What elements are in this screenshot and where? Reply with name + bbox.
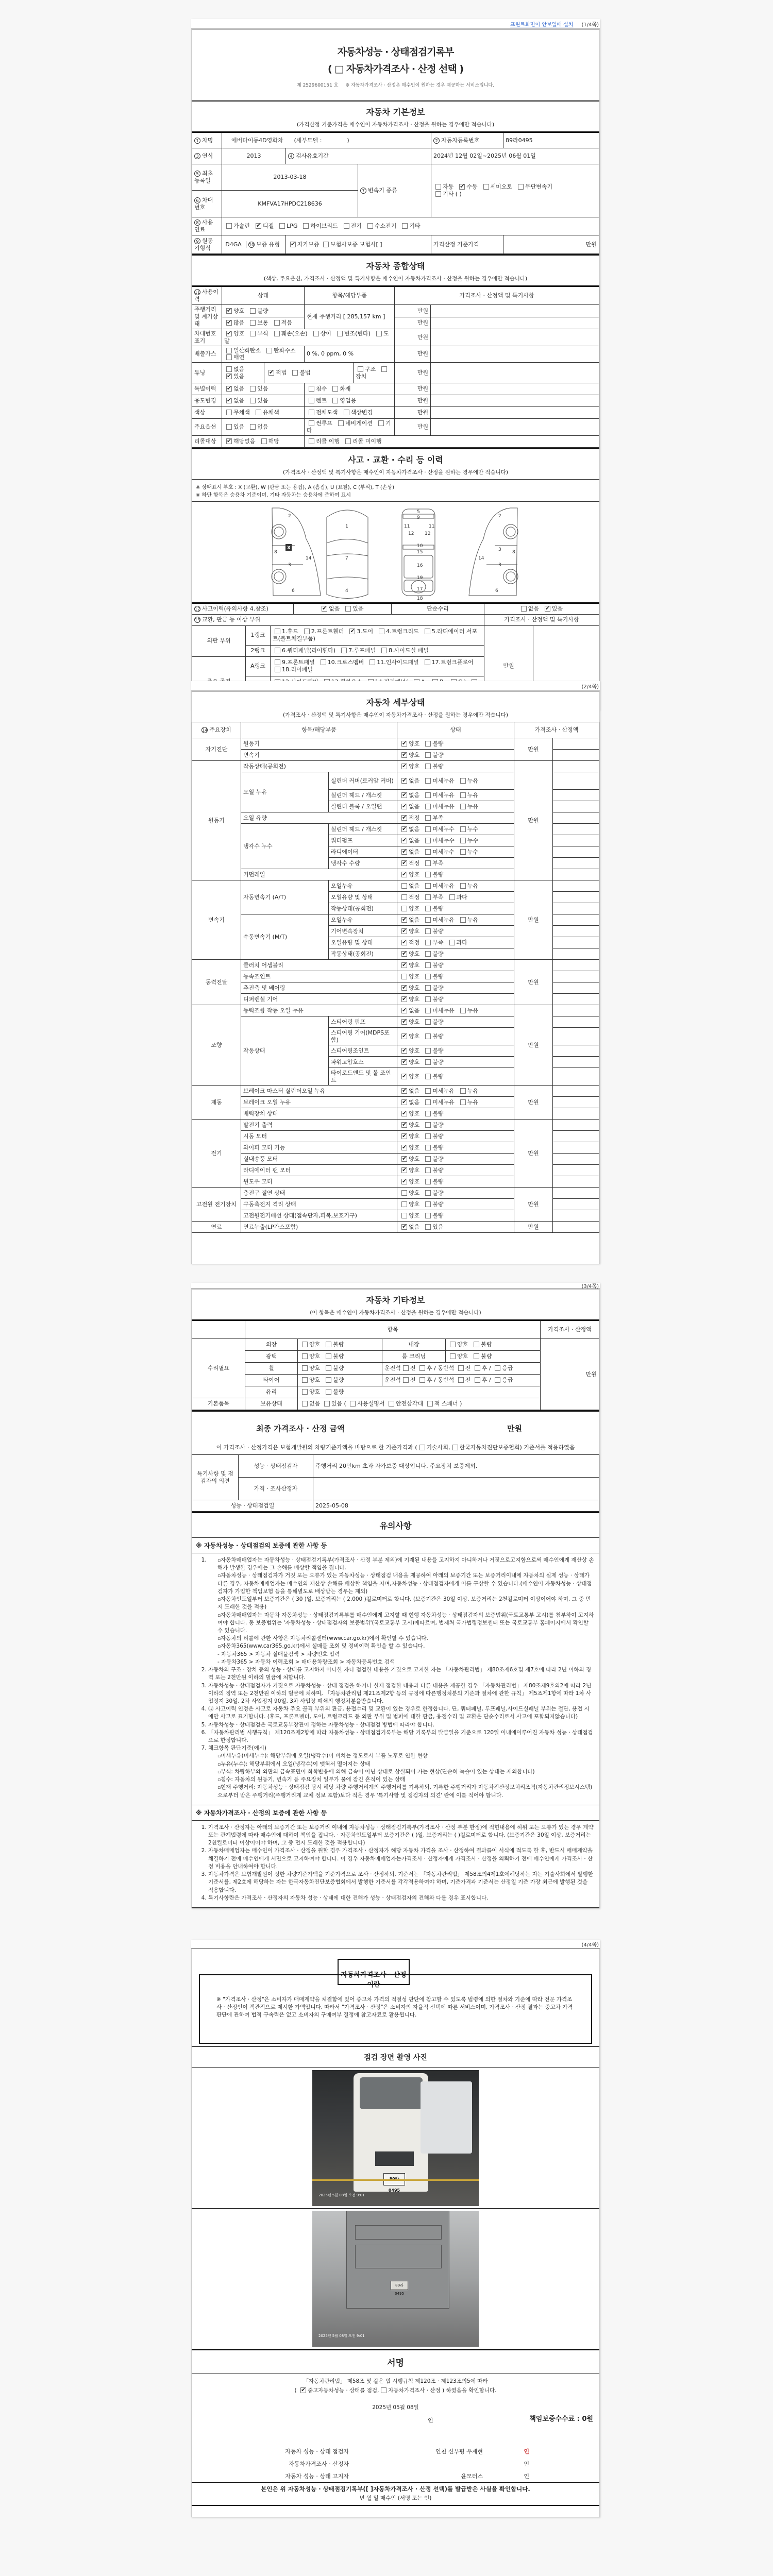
checkbox[interactable] [401,928,407,934]
checkbox[interactable] [425,1167,431,1173]
checkbox-label: 영업용 [340,397,356,404]
checkbox[interactable] [401,872,407,877]
checkbox[interactable] [425,894,431,900]
checkbox[interactable] [435,184,441,190]
checkbox[interactable] [401,894,407,900]
checkbox[interactable] [401,1167,407,1173]
checkbox[interactable] [495,1377,500,1383]
checkbox[interactable] [401,1156,407,1162]
checkbox[interactable] [460,1088,466,1094]
checkbox[interactable] [425,917,431,923]
checkbox[interactable] [345,438,351,444]
checkbox[interactable] [425,1033,431,1039]
checkbox[interactable] [401,1111,407,1116]
checkbox[interactable] [226,374,232,379]
checkbox[interactable] [226,366,232,372]
checkbox[interactable] [302,1401,308,1406]
checkbox[interactable] [279,223,285,229]
checkbox[interactable] [401,764,407,769]
group-label: 전기 [192,1120,241,1188]
checkbox[interactable] [425,659,430,665]
rank-row: 외판 부위1랭크1.후드 2.프론트휀더 3.도어 4.트렁크리드 5.라디에이… [192,625,599,645]
checkbox[interactable] [425,962,431,968]
checkbox[interactable] [401,1224,407,1230]
checkbox[interactable] [401,1019,407,1025]
checkbox[interactable] [450,1353,456,1359]
checkbox[interactable] [401,778,407,784]
checkbox[interactable] [401,883,407,889]
checkbox[interactable] [425,1008,431,1013]
checkbox[interactable] [350,1401,356,1406]
print-help-link[interactable]: 프린트화면이 안보일때 설치 [510,20,573,28]
table-row: 차대번호 표기양호 부식 훼손(오손) 상이 변조(변타) 도말 만원 [192,329,599,346]
grille [375,2151,414,2166]
checkbox[interactable] [401,1190,407,1196]
checkbox-label: 없음 [409,777,419,784]
checkbox-label: 누유 [467,1088,478,1094]
checkbox[interactable] [425,752,431,758]
checkbox[interactable] [425,996,431,1002]
checkbox[interactable] [425,764,431,769]
checkbox[interactable] [275,667,280,672]
checkbox-label: 해당 [268,438,279,445]
checkbox[interactable] [401,1074,407,1079]
checkbox[interactable] [326,1353,331,1359]
checkbox[interactable] [401,804,407,809]
checkbox[interactable] [403,1365,409,1371]
checkbox[interactable] [521,606,527,612]
checkbox[interactable] [475,1365,480,1371]
checkbox[interactable] [332,386,338,392]
checkbox[interactable] [344,410,349,415]
checkbox[interactable] [226,348,232,353]
checkbox[interactable] [376,331,382,336]
checkbox[interactable] [378,420,384,426]
checkbox[interactable] [475,1377,480,1383]
checkbox[interactable] [304,629,310,634]
checkbox[interactable] [401,849,407,855]
checkbox[interactable] [401,1122,407,1128]
checkbox[interactable] [402,223,408,229]
checkbox[interactable] [389,1401,394,1406]
checkbox-label: 불량 [333,1365,344,1371]
checkbox[interactable] [326,1342,331,1347]
title-main: 자동차성능 · 상태점검기록부 [192,44,599,58]
col-state: 상태 [397,722,514,738]
svg-text:14: 14 [306,556,312,561]
table-row: 원동기작동상태(공회전)양호 불량 만원 [192,761,599,772]
checkbox[interactable] [460,792,466,798]
checkbox[interactable] [401,974,407,979]
group-label: 고전원 전기장치 [192,1188,241,1222]
checkbox[interactable] [458,1377,464,1383]
checkbox[interactable] [226,410,232,415]
checkbox[interactable] [332,398,338,403]
checkbox[interactable] [401,1008,407,1013]
note-bullet: 자동차의 리콜에 관한 사항은 자동차리콜센터(www.car.go.kr)에서… [217,1635,594,1642]
checkbox[interactable] [450,1342,456,1347]
checkbox-label: 잭 [434,1400,440,1407]
basis-assoc-checkbox[interactable] [452,1445,458,1450]
checkbox[interactable] [425,1156,431,1162]
checkbox[interactable] [337,331,343,336]
checkbox[interactable] [425,804,431,809]
checkbox[interactable] [250,308,256,314]
checkbox[interactable] [401,917,407,923]
checkbox-label: 부식 [257,330,268,337]
checkbox[interactable] [435,191,441,197]
checkbox[interactable] [401,962,407,968]
checkbox[interactable] [367,223,373,229]
checkbox[interactable] [274,331,280,336]
checkbox[interactable] [321,659,326,665]
checkbox-label: 없음 [409,849,419,855]
checkbox[interactable] [425,883,431,889]
checkbox-label: 7.루프패널 [348,647,376,654]
checkbox[interactable] [425,629,430,634]
checkbox-label: 미세누유 [432,1007,455,1014]
checkbox[interactable] [341,648,347,653]
title-sub: ( □ 자동차가격조사 · 산정 선택 ) [192,61,599,75]
checkbox[interactable] [460,826,466,832]
checkbox[interactable] [250,424,256,430]
overall-status-table: 11사용이력상태항목/해당부품가격조사 · 산정액 및 특기사항주행거리 및 계… [192,285,599,448]
checkbox[interactable] [495,1365,500,1371]
checkbox-label: 미세누수 [432,837,455,844]
checkbox-label: 누유 [467,1099,478,1106]
fuel-label: 8사용 연료 [192,217,222,235]
checkbox[interactable] [425,1019,431,1025]
checkbox[interactable] [326,1365,331,1371]
signer-name: 윤모터스 [349,2472,483,2480]
photo-timestamp: 2025년 5월 08일 오전 9:01 [318,2333,365,2338]
checkbox-label: 17.트렁크플로어 [432,659,474,666]
checkbox-label: 불량 [481,1341,492,1348]
checkbox[interactable] [401,1088,407,1094]
checkbox-label: 미세누유 [432,777,455,784]
checkbox[interactable] [379,629,384,634]
checkbox-label: 18.리어패널 [282,666,313,673]
checkbox[interactable] [425,1048,431,1054]
checkbox[interactable] [381,366,387,372]
checkbox-label: 불량 [432,763,443,770]
checkbox[interactable] [309,438,314,444]
checkbox[interactable] [349,629,355,634]
checkbox[interactable] [460,883,466,889]
checkbox-label: 불량 [432,1156,443,1162]
checkbox[interactable] [344,223,349,229]
signer-row: 자동차 성능 · 상태 고지자윤모터스인 [192,2470,599,2482]
signer-name: 인천 신부평 우재현 [349,2447,483,2455]
checkbox[interactable] [401,906,407,911]
checkbox[interactable] [309,398,314,403]
checkbox-label: 불량 [432,1212,443,1219]
checkbox[interactable] [425,940,431,945]
checkbox[interactable] [261,438,267,444]
checkbox[interactable] [274,320,280,326]
checkbox-label: 양호 [409,1033,419,1040]
checkbox[interactable] [226,386,232,392]
checkbox[interactable] [302,1342,308,1347]
col-price: 가격조사 · 산정액 및 특기사항 [395,286,599,305]
checkbox[interactable] [401,1133,407,1139]
checkbox[interactable] [401,741,407,747]
checkbox[interactable] [226,438,232,444]
checkbox[interactable] [449,894,455,900]
checkbox[interactable] [425,1099,431,1105]
car-name-value: 에버다이동4D영화차 (세부모델 : ) [222,132,431,148]
checkbox[interactable] [275,648,280,653]
checkbox[interactable] [401,838,407,843]
checkbox[interactable] [460,778,466,784]
base-price-value: 만원 [503,235,599,254]
checkbox[interactable] [401,1213,407,1218]
confirm-inspection-checkbox[interactable] [300,2387,306,2393]
checkbox[interactable] [401,985,407,991]
year-value: 2013 [222,148,286,164]
checkbox[interactable] [425,906,431,911]
checkbox[interactable] [401,815,407,821]
checkbox-label: 없음 [409,1007,419,1014]
checkbox-label: 없음 [409,917,419,923]
checkbox[interactable] [309,386,314,392]
checkbox[interactable] [403,1377,409,1383]
checkbox[interactable] [401,1099,407,1105]
checkbox[interactable] [250,331,256,336]
checkbox-label: 리콜 이행 [316,438,340,445]
group-label: 변속기 [192,880,241,960]
checkbox[interactable] [309,410,314,415]
detail-status-header: 자동차 세부상태 (가격조사 · 산정액 및 특기사항은 매수인이 자동차가격조… [192,692,599,722]
checkbox[interactable] [425,815,431,821]
checkbox[interactable] [401,1048,407,1054]
checkbox-label: 전기 [351,223,362,229]
checkbox[interactable] [425,792,431,798]
checkbox[interactable] [460,1099,466,1105]
checkbox[interactable] [425,1224,431,1230]
checkbox[interactable] [326,1389,331,1395]
checkbox-label: 리콜 미이행 [352,438,382,445]
checkbox[interactable] [401,752,407,758]
checkbox[interactable] [425,826,431,832]
checkbox[interactable] [427,1401,433,1406]
checkbox[interactable] [338,420,344,426]
checkbox-label: 네비게이션 [345,420,373,427]
guarantee-fee: 책임보증수수료 : 0원 [529,2413,593,2423]
checkbox[interactable] [425,741,431,747]
checkbox[interactable] [425,1179,431,1184]
checkbox[interactable] [268,370,274,376]
table-row: 동력전달클러치 어셈블리양호 불량 만원 [192,960,599,971]
checkbox[interactable] [401,996,407,1002]
checkbox[interactable] [401,1201,407,1207]
basis-tech-checkbox[interactable] [419,1445,425,1450]
checkbox[interactable] [381,648,387,653]
checkbox[interactable] [302,1389,308,1395]
checkbox[interactable] [425,1213,431,1218]
checkbox-label: 양호 [457,1341,468,1348]
checkbox[interactable] [401,860,407,866]
table-row: 배출가스일산화탄소 탄화수소 매연 0 %, 0 ppm, 0 %만원 [192,346,599,363]
checkbox-label: 없음 [233,397,244,404]
checkbox[interactable] [460,838,466,843]
checkbox[interactable] [401,940,407,945]
checkbox[interactable] [275,629,280,634]
page-1: 프린트화면이 안보일때 설치 (1/4쪽) 자동차성능 · 상태점검기록부 ( … [191,19,600,710]
pricer-opinion [313,1478,599,1500]
checkbox[interactable] [459,184,465,190]
checkbox[interactable] [474,1353,479,1359]
checkbox[interactable] [309,420,314,426]
checkbox[interactable] [313,331,319,336]
accident-history-header: 사고 · 교환 · 수리 등 이력 (가격조사 · 산정액 및 특기사항은 매수… [192,448,599,479]
checkbox-label: 부족 [432,894,443,901]
checkbox[interactable] [322,606,327,612]
checkbox-label: 불량 [432,1059,443,1065]
checkbox[interactable] [460,849,466,855]
checkbox[interactable] [425,1088,431,1094]
checkbox-label: 없음 [233,366,244,372]
checkbox[interactable] [226,308,232,314]
checkbox[interactable] [226,424,232,430]
checkbox[interactable] [401,1059,407,1065]
checkbox-label: 누유 [467,1007,478,1014]
final-price-row: 최종 가격조사 · 산정 금액 만원 [192,1410,599,1441]
checkbox[interactable] [256,410,261,415]
checkbox[interactable] [425,1190,431,1196]
checkbox[interactable] [518,184,524,190]
checkbox-label: 양호 [409,996,419,1003]
checkbox[interactable] [324,1401,330,1406]
section-subtitle: (가격산정 기준가격은 매수인이 자동차가격조사 · 산정을 원하는 경우에만 … [192,121,599,128]
checkbox-label: 무단변속기 [525,183,552,190]
checkbox[interactable] [425,860,431,866]
checkbox[interactable] [449,940,455,945]
checkbox-label: 양호 [233,330,244,337]
checkbox[interactable] [345,606,351,612]
checkbox-label: 누수 [467,826,478,833]
checkbox-label: 불량 [432,1073,443,1080]
warranty-insurance-checkbox[interactable] [323,242,329,247]
checkbox[interactable] [425,974,431,979]
checkbox[interactable] [226,331,232,336]
checkbox[interactable] [425,928,431,934]
checkbox[interactable] [226,320,232,326]
svg-text:12: 12 [408,531,414,536]
svg-text:17: 17 [417,587,423,592]
col-state: 상태 [222,286,305,305]
checkbox-label: 디젤 [263,223,274,229]
price-info-box-area: 자동차가격조사 · 산정이란 ※ "가격조사 · 산정"은 소비자가 매매계약을… [192,1948,599,2046]
checkbox[interactable] [425,872,431,877]
checkbox[interactable] [483,184,489,190]
checkbox-label: 미세누유 [432,792,455,799]
checkbox[interactable] [250,320,256,326]
checkbox[interactable] [326,1377,331,1383]
checkbox[interactable] [302,1377,308,1383]
checkbox-label: 양호 [409,1047,419,1054]
checkbox[interactable] [369,659,375,665]
checkbox[interactable] [460,917,466,923]
checkbox-label: 양호 [309,1353,320,1360]
checkbox[interactable] [358,366,363,372]
pricer-label: 가격 · 조사산정자 [239,1478,313,1500]
checkbox[interactable] [419,1377,425,1383]
checkbox[interactable] [419,1365,425,1371]
rear-view-photo: 89라0495 2025년 5월 08일 오전 9:01 [312,2211,479,2347]
checkbox[interactable] [425,1111,431,1116]
parking-line [312,2179,479,2181]
checkbox[interactable] [401,1033,407,1039]
checkbox[interactable] [250,398,256,403]
checkbox-label: 양호 [409,962,419,969]
checkbox[interactable] [302,1353,308,1359]
law-basis: 「자동차관리법」 제58조 및 같은 법 시행규칙 제120조 · 제123조의… [192,2374,599,2385]
checkbox[interactable] [266,348,272,353]
checkbox[interactable] [425,778,431,784]
checkbox[interactable] [256,223,261,229]
checkbox[interactable] [226,398,232,403]
checkbox[interactable] [275,659,280,665]
checkbox-label: 있음 [257,397,268,404]
checkbox[interactable] [292,370,298,376]
checkbox[interactable] [425,1201,431,1207]
checkbox[interactable] [401,951,407,957]
checkbox[interactable] [545,606,550,612]
checkbox-label: 수동 [466,183,477,190]
checkbox[interactable] [425,1059,431,1065]
checkbox[interactable] [226,223,232,229]
checkbox-label: 미세누유 [432,883,455,889]
checkbox[interactable] [302,1365,308,1371]
checkbox[interactable] [425,849,431,855]
checkbox[interactable] [226,354,232,360]
note-item: 자동차매매업자는 자동차성능 · 상태점검기록부(가격조사 · 산정 부분 제외… [208,1556,594,1666]
checkbox[interactable] [425,951,431,957]
checkbox[interactable] [460,804,466,809]
checkbox[interactable] [250,386,256,392]
checkbox[interactable] [474,1342,479,1347]
checkbox[interactable] [425,985,431,991]
checkbox[interactable] [401,1179,407,1184]
rear-panel [355,2245,442,2268]
checkbox[interactable] [425,1145,431,1150]
checkbox-label: 1.후드 [282,628,298,635]
checkbox[interactable] [460,1008,466,1013]
checkbox[interactable] [401,1145,407,1150]
warranty-self-checkbox[interactable] [290,242,296,247]
checkbox[interactable] [401,792,407,798]
checkbox-label: 장치 [356,373,366,380]
checkbox[interactable] [425,1133,431,1139]
checkbox-label: 있음 [552,605,563,612]
other-info-table: 항목가격조사 · 산정액수리필요외장양호 불량 내장양호 불량 만원광택양호 불… [192,1319,599,1410]
checkbox[interactable] [303,223,309,229]
checkbox-label: 있음 [352,605,363,612]
checkbox-label: 양호 [409,905,419,912]
checkbox-label: 후 / [482,1377,491,1383]
signer-seal: 인 [483,2472,529,2480]
checkbox[interactable] [425,1074,431,1079]
checkbox[interactable] [425,838,431,843]
base-price-label: 가격산정 기준가격 [431,235,503,254]
confirm-pricing-checkbox[interactable] [381,2387,386,2393]
checkbox[interactable] [458,1365,464,1371]
checkbox[interactable] [425,1122,431,1128]
checkbox-label: 불량 [432,973,443,980]
notes-header: 유의사항 [192,1512,599,1537]
checkbox[interactable] [401,826,407,832]
